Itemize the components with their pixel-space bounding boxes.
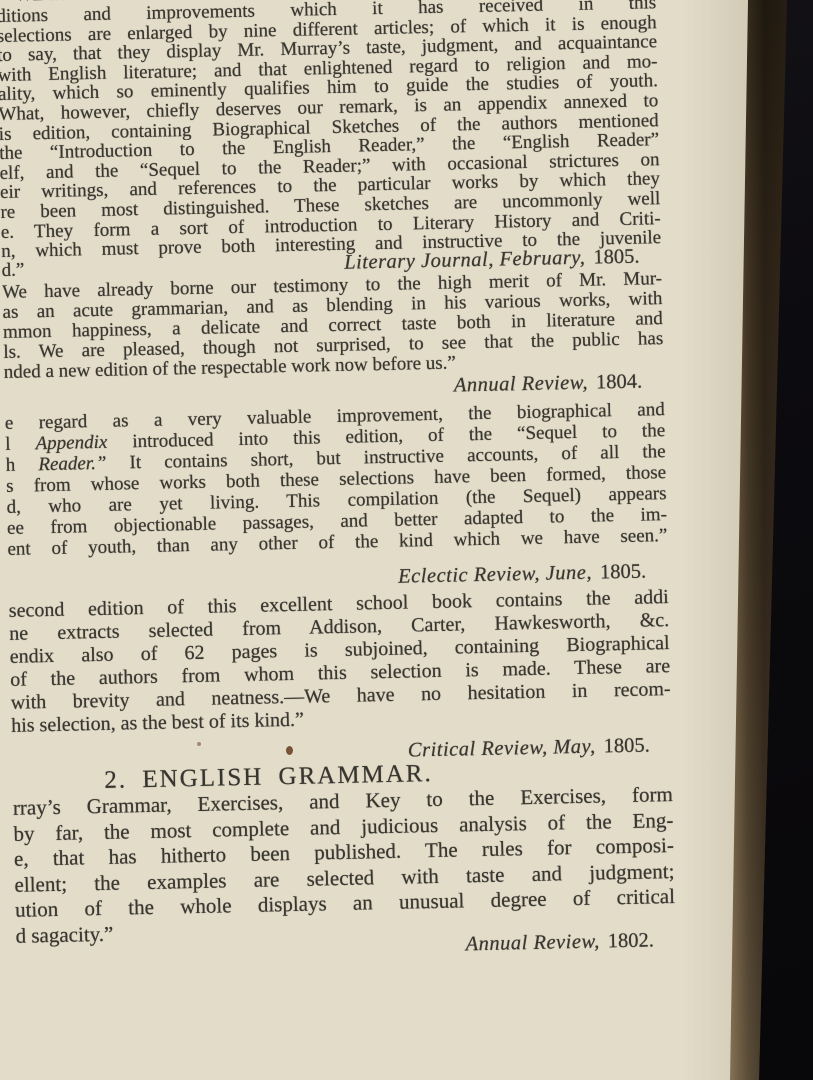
italic-text: Appendix (35, 432, 107, 454)
review-source: Critical Review, May, (408, 736, 596, 762)
review-year: 1802. (607, 929, 654, 952)
book-photo: “ WE noticeditions and improvements whic… (0, 0, 813, 1080)
review-year: 1804. (596, 371, 643, 394)
paragraph: e regard as a very valuable improvement,… (5, 399, 668, 560)
review-year: 1805. (600, 561, 647, 584)
review-source: Annual Review, (454, 372, 589, 397)
review-year: 1805. (593, 246, 640, 269)
paragraph: second edition of this excellent school … (9, 586, 672, 738)
review-attribution: Critical Review, May,1805. (408, 734, 650, 762)
review-source: Literary Journal, February, (344, 247, 586, 274)
review-attribution: Annual Review,1804. (454, 371, 643, 398)
review-source: Eclectic Review, June, (398, 562, 592, 588)
text-segment: l (5, 433, 36, 455)
review-year: 1805. (603, 734, 650, 757)
paragraph: rray’s Grammar, Exercises, and Key to th… (13, 782, 676, 949)
line-fragment: d.” (1, 259, 24, 281)
review-source: Annual Review, (465, 931, 600, 956)
review-attribution: Annual Review,1802. (465, 929, 654, 956)
page-text: “ WE noticeditions and improvements whic… (0, 0, 678, 1080)
paragraph: We have already borne our testimony to t… (2, 269, 664, 383)
text-segment: h (6, 454, 39, 476)
review-attribution: Eclectic Review, June,1805. (398, 561, 646, 589)
italic-text: Reader.” (38, 453, 107, 475)
paragraph: ditions and improvements which it has re… (0, 0, 661, 262)
